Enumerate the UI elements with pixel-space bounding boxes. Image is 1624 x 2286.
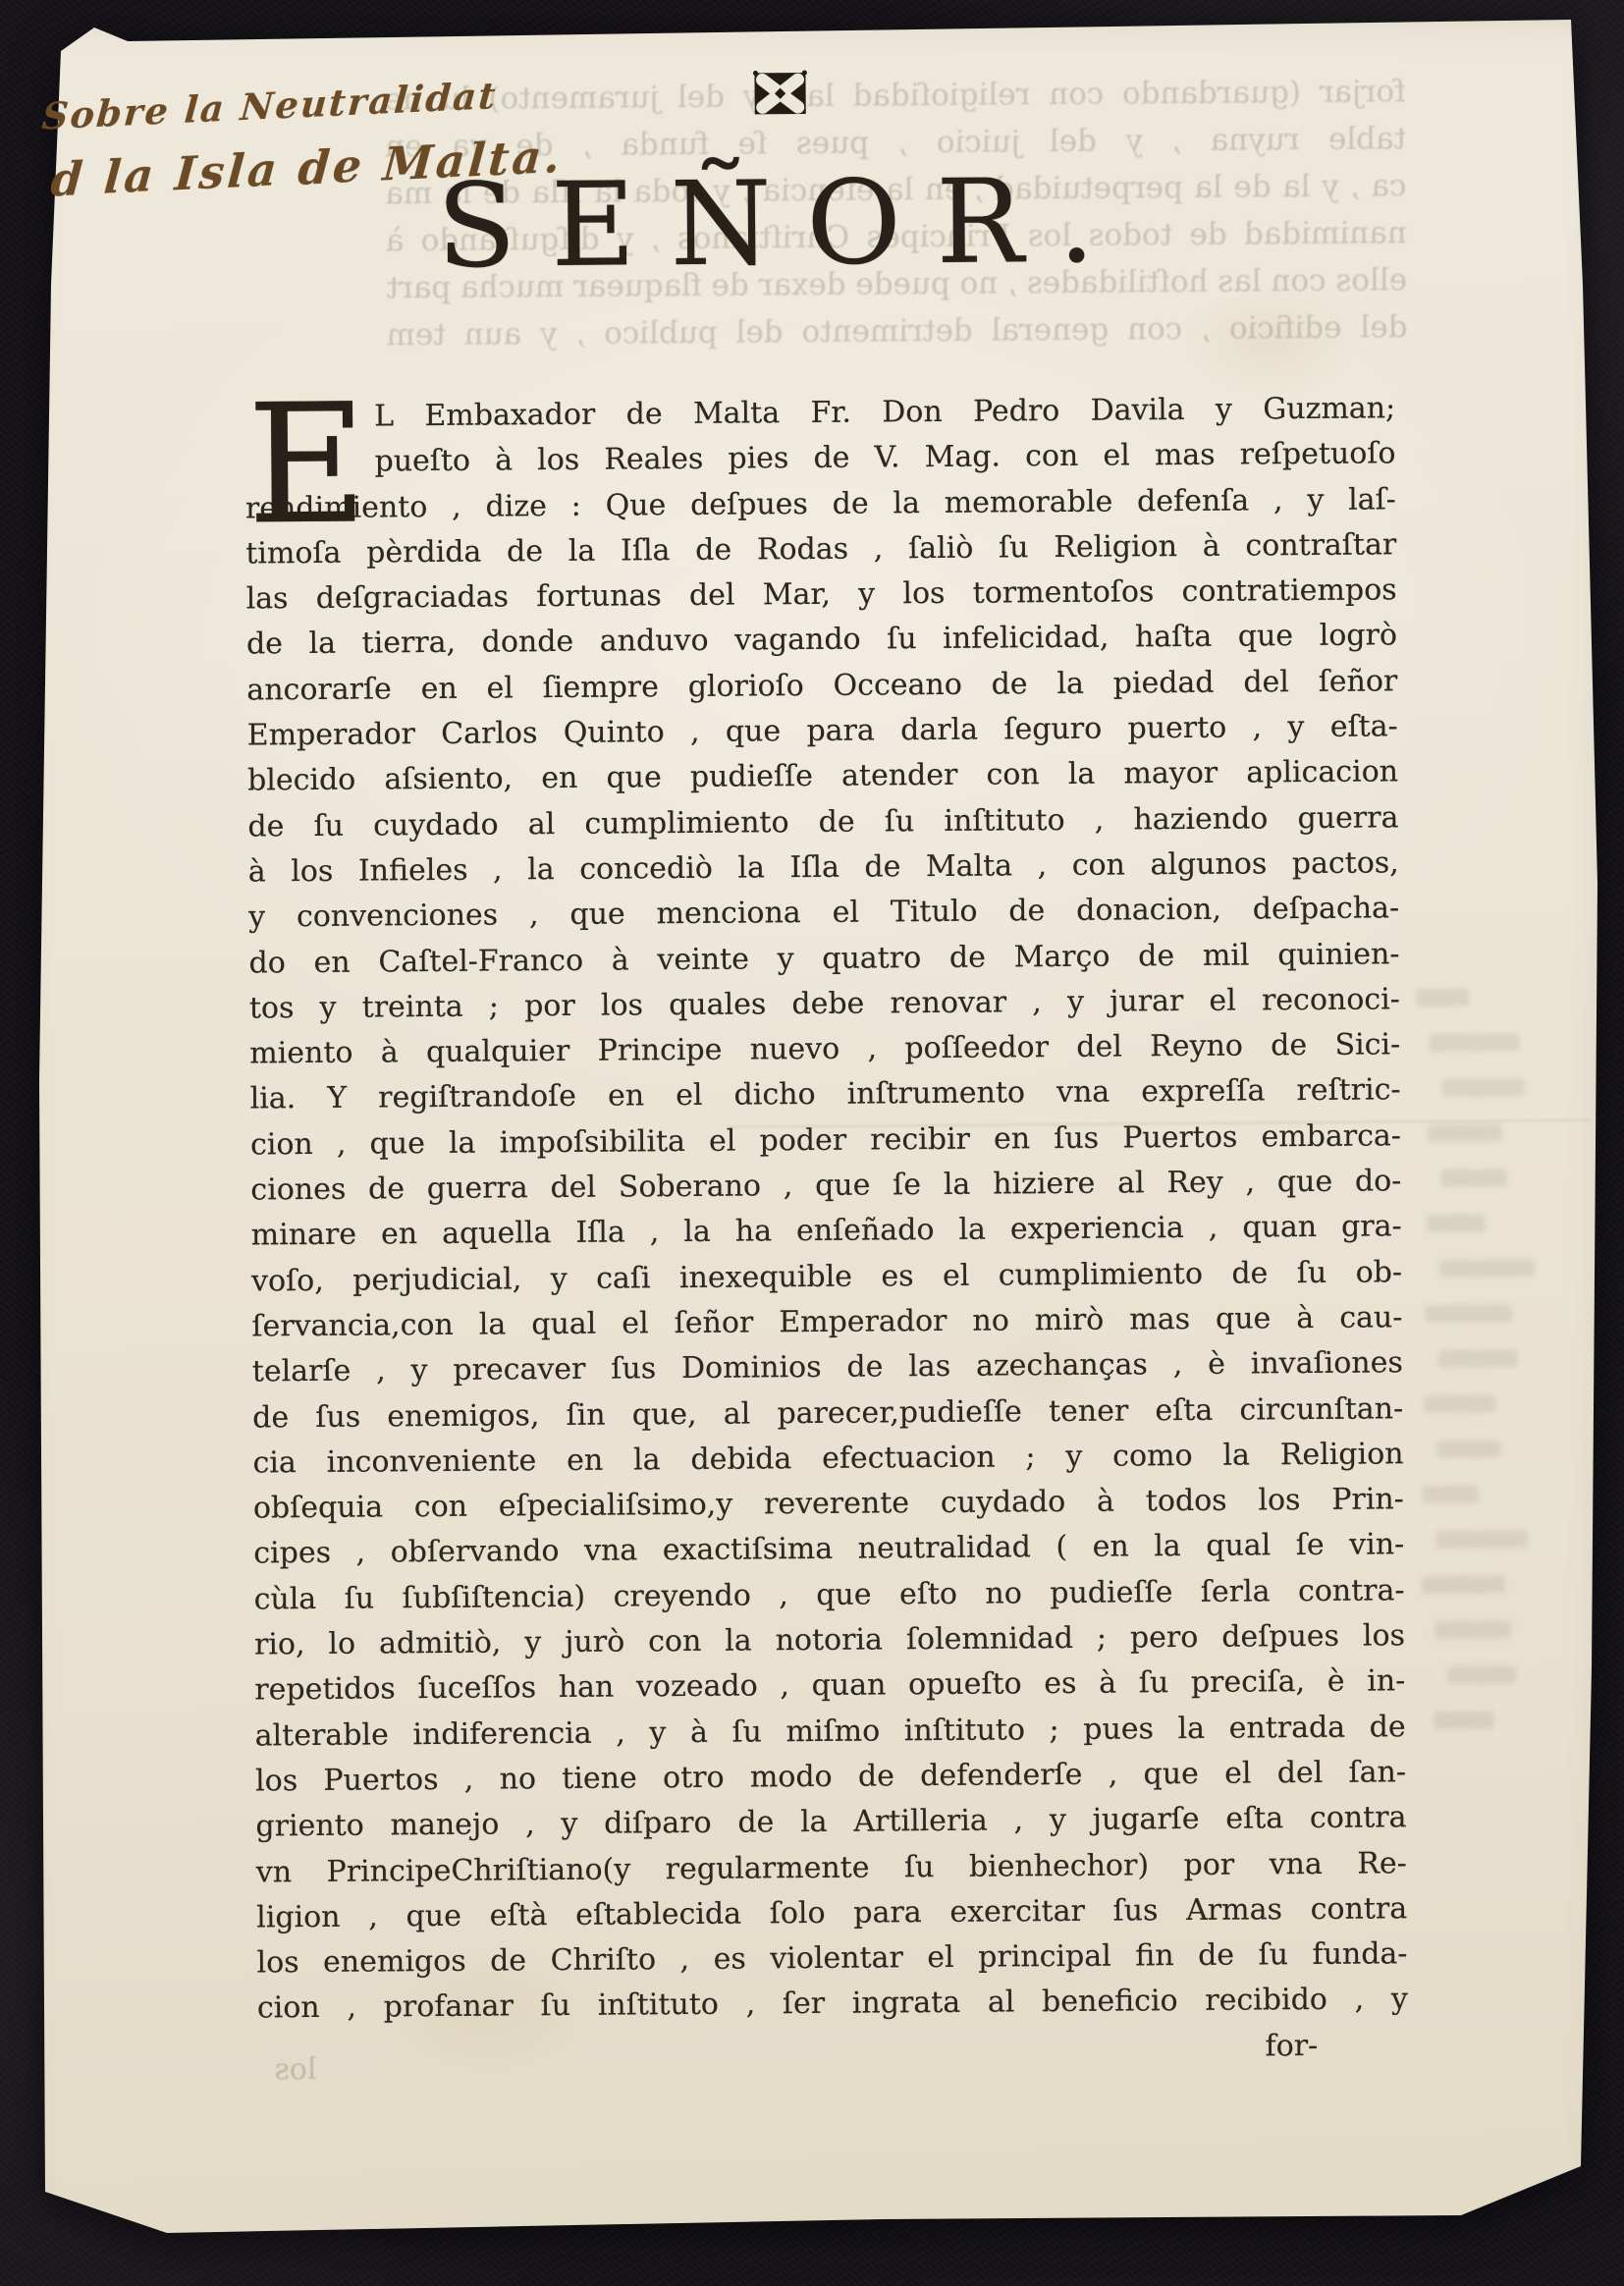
show-through-smudge: [1424, 1395, 1495, 1414]
annotation-line-1: Sobre la Neutralidat: [40, 70, 569, 137]
show-through-smudge: [1438, 1349, 1518, 1368]
body-line: L Embaxador de Malta Fr. Don Pedro Davil…: [374, 386, 1395, 439]
show-through-smudge: [1435, 1530, 1528, 1549]
body-line: cion , profanar ſu inſtituto , ſer ingra…: [257, 1978, 1408, 2033]
page-content: forjar (guardando con religioſidad la le…: [0, 0, 1624, 2286]
show-through-smudge: [1429, 1033, 1519, 1052]
show-through-smudge: [1439, 1259, 1535, 1278]
show-through-smudge: [1428, 1123, 1502, 1142]
show-through-word: los: [274, 2052, 316, 2087]
catchword-row: for-: [257, 2023, 1408, 2078]
body-paragraph: rendimiento , dize : Que deſpues de la m…: [245, 477, 1408, 2032]
catchword: for-: [1265, 2029, 1318, 2063]
body-line: pueſto à los Reales pies de V. Mag. con …: [374, 432, 1395, 485]
show-through-smudge: [1442, 1078, 1525, 1097]
maltese-cross-icon: [750, 67, 809, 120]
show-through-smudge: [1440, 1169, 1507, 1187]
show-through-smudge: [1447, 1665, 1516, 1684]
document-page: forjar (guardando con religioſidad la le…: [0, 0, 1624, 2286]
body-text: E L Embaxador de Malta Fr. Don Pedro Dav…: [244, 386, 1408, 2077]
opening-lines: L Embaxador de Malta Fr. Don Pedro Davil…: [244, 386, 1396, 486]
drop-cap: E: [246, 401, 368, 530]
show-through-smudge: [1421, 1575, 1505, 1594]
show-through-smudge: [1416, 989, 1470, 1007]
photo-backdrop: forjar (guardando con religioſidad la le…: [0, 0, 1624, 2286]
show-through-smudge: [1434, 1712, 1494, 1729]
show-through-line: del edificio , con general detrimento de…: [386, 303, 1407, 358]
page-title: SEÑOR.: [0, 149, 1574, 298]
show-through-smudge: [1425, 1304, 1512, 1323]
show-through-smudge: [1423, 1486, 1479, 1503]
show-through-smudge: [1427, 1215, 1486, 1232]
show-through-smudge: [1436, 1441, 1500, 1459]
show-through-smudge: [1435, 1620, 1511, 1639]
show-through-smudges: [0, 0, 1615, 7]
